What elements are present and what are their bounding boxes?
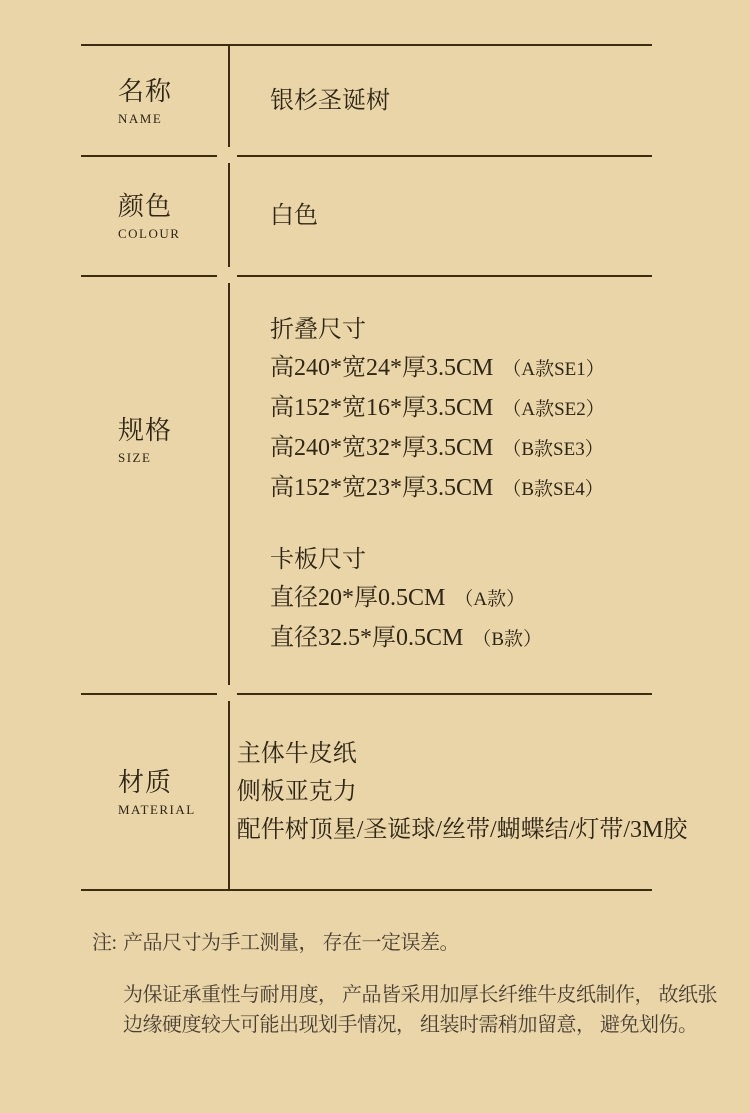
table-row-size: 规格 SIZE 折叠尺寸 高240*宽24*厚3.5CM（A款SE1） 高152… xyxy=(81,277,652,693)
colour-value-cell: 白色 xyxy=(229,157,652,275)
size-label-en: SIZE xyxy=(118,450,229,466)
product-name: 银杉圣诞树 xyxy=(270,82,652,120)
footnote-para2-line-2: 边缘硬度较大可能出现划手情况， 组装时需稍加留意， 避免划伤。 xyxy=(123,1010,712,1040)
footnote-paragraph-2: 为保证承重性与耐用度， 产品皆采用加厚长纤维牛皮纸制作， 故纸张 边缘硬度较大可… xyxy=(123,980,712,1040)
footnote-measurement-text: 产品尺寸为手工测量， 存在一定误差。 xyxy=(123,928,459,958)
product-colour: 白色 xyxy=(270,197,652,235)
material-label-en: MATERIAL xyxy=(118,802,196,818)
size-label-cell: 规格 SIZE xyxy=(81,277,229,693)
name-label-en: NAME xyxy=(118,111,229,127)
colour-label-en: COLOUR xyxy=(118,226,229,242)
material-side-panel: 侧板亚克力 xyxy=(237,773,688,811)
board-size-spec-2: 直径32.5*厚0.5CM（B款） xyxy=(270,619,652,659)
material-label-cn: 材质 xyxy=(118,766,196,800)
material-label-cell: 材质 MATERIAL xyxy=(81,695,196,889)
footnote-line-1: 注: 产品尺寸为手工测量， 存在一定误差。 xyxy=(92,928,712,958)
size-value-cell: 折叠尺寸 高240*宽24*厚3.5CM（A款SE1） 高152*宽16*厚3.… xyxy=(229,277,652,693)
folded-size-spec-2: 高152*宽16*厚3.5CM（A款SE2） xyxy=(270,389,652,429)
folded-size-spec-4: 高152*宽23*厚3.5CM（B款SE4） xyxy=(270,469,652,509)
board-size-heading: 卡板尺寸 xyxy=(270,541,652,579)
product-spec-table: 名称 NAME 银杉圣诞树 颜色 COLOUR 白色 规格 SIZE 折叠尺寸 … xyxy=(81,44,652,891)
table-row-colour: 颜色 COLOUR 白色 xyxy=(81,157,652,275)
colour-label-cn: 颜色 xyxy=(118,190,229,224)
material-body: 主体牛皮纸 xyxy=(237,735,688,773)
footnote-marker: 注: xyxy=(92,928,123,958)
material-accessories: 配件树顶星/圣诞球/丝带/蝴蝶结/灯带/3M胶 xyxy=(237,811,688,849)
colour-label-cell: 颜色 COLOUR xyxy=(81,157,229,275)
table-row-material: 材质 MATERIAL 主体牛皮纸 侧板亚克力 配件树顶星/圣诞球/丝带/蝴蝶结… xyxy=(81,695,652,889)
board-size-spec-1: 直径20*厚0.5CM（A款） xyxy=(270,579,652,619)
size-block-gap xyxy=(270,509,652,541)
table-bottom-line xyxy=(81,889,652,891)
name-label-cn: 名称 xyxy=(118,75,229,109)
folded-size-heading: 折叠尺寸 xyxy=(270,311,652,349)
footnote-para2-line-1: 为保证承重性与耐用度， 产品皆采用加厚长纤维牛皮纸制作， 故纸张 xyxy=(123,980,712,1010)
folded-size-spec-1: 高240*宽24*厚3.5CM（A款SE1） xyxy=(270,349,652,389)
name-value-cell: 银杉圣诞树 xyxy=(229,46,652,155)
footnote: 注: 产品尺寸为手工测量， 存在一定误差。 为保证承重性与耐用度， 产品皆采用加… xyxy=(92,928,712,1040)
size-label-cn: 规格 xyxy=(118,414,229,448)
folded-size-spec-3: 高240*宽32*厚3.5CM（B款SE3） xyxy=(270,429,652,469)
table-row-name: 名称 NAME 银杉圣诞树 xyxy=(81,46,652,155)
name-label-cell: 名称 NAME xyxy=(81,46,229,155)
material-value-cell: 主体牛皮纸 侧板亚克力 配件树顶星/圣诞球/丝带/蝴蝶结/灯带/3M胶 xyxy=(196,695,688,889)
